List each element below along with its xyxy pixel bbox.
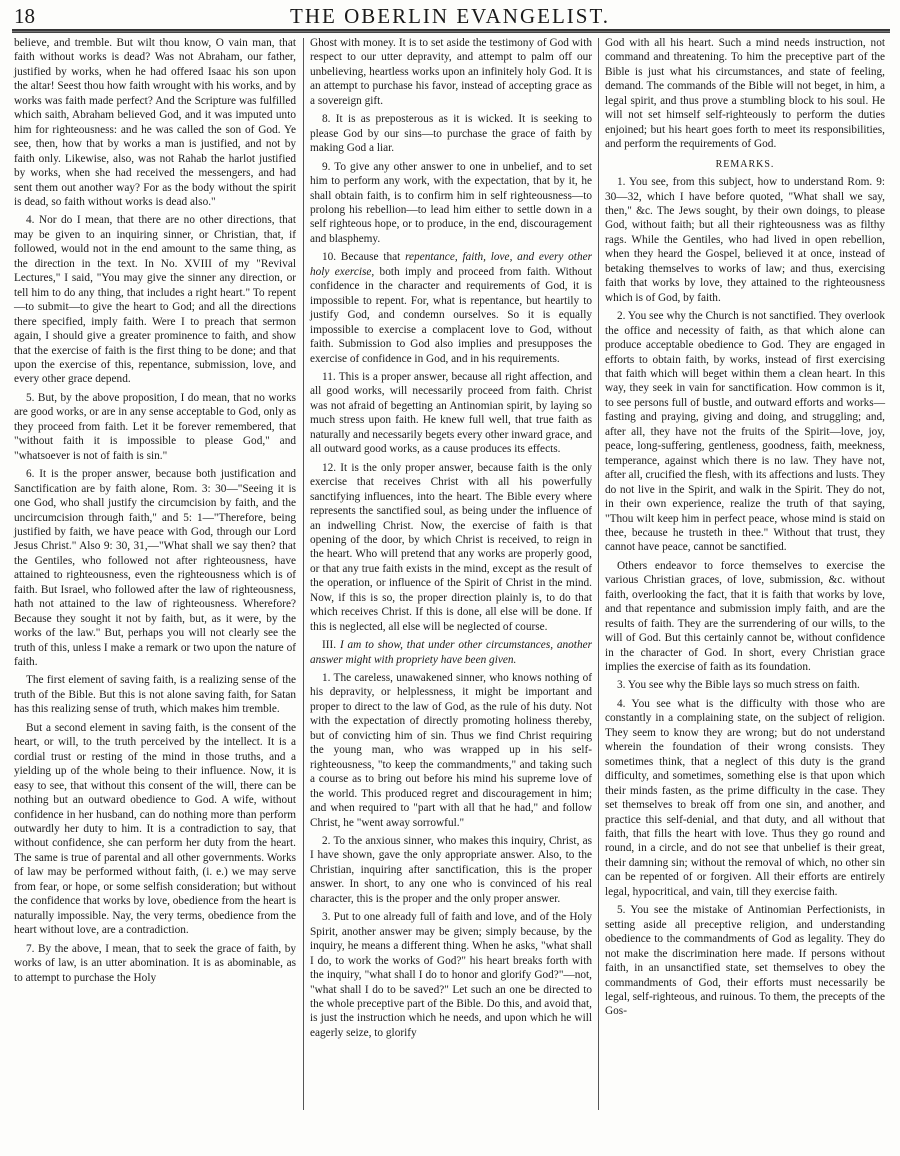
paragraph: 2. To the anxious sinner, who makes this… [310,834,592,906]
column-divider [303,38,304,1110]
paragraph: 4. Nor do I mean, that there are no othe… [14,213,296,386]
paragraph: 6. It is the proper answer, because both… [14,467,296,669]
column-divider [598,38,599,1110]
paragraph: 4. You see what is the difficulty with t… [605,697,885,899]
journal-title: THE OBERLIN EVANGELIST. [14,4,886,28]
column-1: believe, and tremble. But wilt thou know… [14,36,296,989]
paragraph-lead: 10. Because that [322,251,405,263]
masthead: 18 THE OBERLIN EVANGELIST. [14,4,886,28]
section-heading-text: I am to show, that under other circumsta… [310,639,592,665]
column-2: Ghost with money. It is to set aside the… [310,36,592,1044]
paragraph: 8. It is as preposterous as it is wicked… [310,112,592,155]
article-columns: believe, and tremble. But wilt thou know… [14,36,890,1146]
section-numeral: III. [322,639,336,651]
paragraph: 11. This is a proper answer, because all… [310,370,592,457]
paragraph: believe, and tremble. But wilt thou know… [14,36,296,209]
paragraph: 3. You see why the Bible lays so much st… [605,678,885,692]
paragraph: 2. You see why the Church is not sanctif… [605,309,885,555]
paragraph: 3. Put to one already full of faith and … [310,910,592,1040]
paragraph: But a second element in saving faith, is… [14,721,296,938]
paragraph: 5. But, by the above proposition, I do m… [14,391,296,463]
paragraph: The first element of saving faith, is a … [14,673,296,716]
paragraph: 9. To give any other answer to one in un… [310,160,592,247]
paragraph: 12. It is the only proper answer, becaus… [310,461,592,634]
column-3: God with all his heart. Such a mind need… [605,36,885,1023]
paragraph: Others endeavor to force themselves to e… [605,559,885,675]
masthead-rule [12,29,890,33]
paragraph: God with all his heart. Such a mind need… [605,36,885,152]
paragraph: 5. You see the mistake of Antinomian Per… [605,903,885,1019]
remarks-heading: REMARKS. [605,158,885,172]
paragraph: 1. The careless, unawakened sinner, who … [310,671,592,830]
section-heading: III. I am to show, that under other circ… [310,638,592,667]
paragraph: 7. By the above, I mean, that to seek th… [14,942,296,985]
paragraph: 1. You see, from this subject, how to un… [605,175,885,305]
paragraph-rest: both imply and proceed from faith. Witho… [310,266,592,365]
paragraph: 10. Because that repentance, faith, love… [310,250,592,366]
paragraph: Ghost with money. It is to set aside the… [310,36,592,108]
newspaper-page: 18 THE OBERLIN EVANGELIST. believe, and … [0,0,900,1156]
